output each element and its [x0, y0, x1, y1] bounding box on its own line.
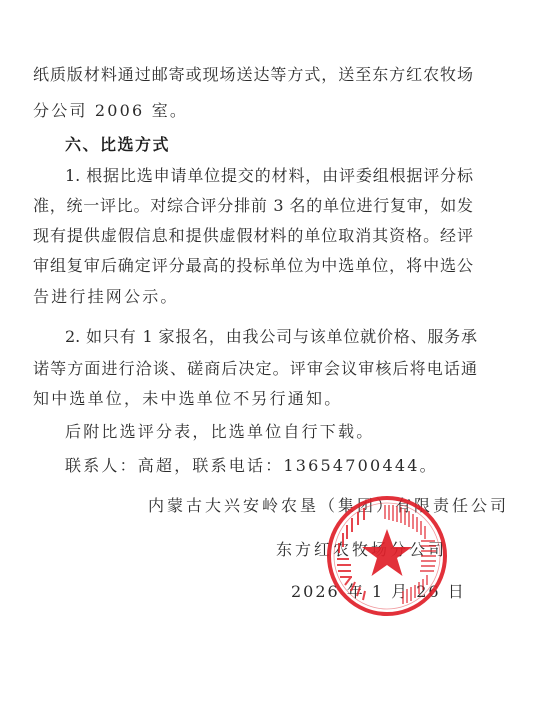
- item1-line: 审组复审后确定评分最高的投标单位为中选单位，将中选公: [33, 256, 473, 276]
- item1-line: 1. 根据比选申请单位提交的材料，由评委组根据评分标: [65, 166, 473, 186]
- document-page: 纸质版材料通过邮寄或现场送达等方式，送至东方红农牧场 分公司 2006 室。 六…: [0, 0, 553, 712]
- attachment-note: 后附比选评分表，比选单位自行下载。: [65, 422, 510, 442]
- item1-line: 准，统一评比。对综合评分排前 3 名的单位进行复审，如发: [33, 196, 473, 216]
- item1-line: 现有提供虚假信息和提供虚假材料的单位取消其资格。经评: [33, 226, 473, 246]
- contact-info: 联系人：高超，联系电话：13654700444。: [65, 456, 510, 476]
- signature-date: 2026 年 1 月 26 日: [291, 582, 466, 602]
- signature-organization: 内蒙古大兴安岭农垦（集团）有限责任公司: [148, 496, 509, 516]
- item2-line: 知中选单位，未中选单位不另行通知。: [33, 389, 478, 409]
- item2-line: 诺等方面进行洽谈、磋商后决定。评审会议审核后将电话通: [33, 359, 477, 379]
- signature-branch: 东方红农牧场分公司: [276, 540, 447, 560]
- section-heading: 六、比选方式: [65, 135, 510, 155]
- item2-line: 2. 如只有 1 家报名，由我公司与该单位就价格、服务承: [65, 327, 477, 347]
- paragraph-line: 分公司 2006 室。: [33, 101, 478, 121]
- paragraph-line: 纸质版材料通过邮寄或现场送达等方式，送至东方红农牧场: [33, 65, 473, 85]
- item1-line: 告进行挂网公示。: [33, 287, 478, 307]
